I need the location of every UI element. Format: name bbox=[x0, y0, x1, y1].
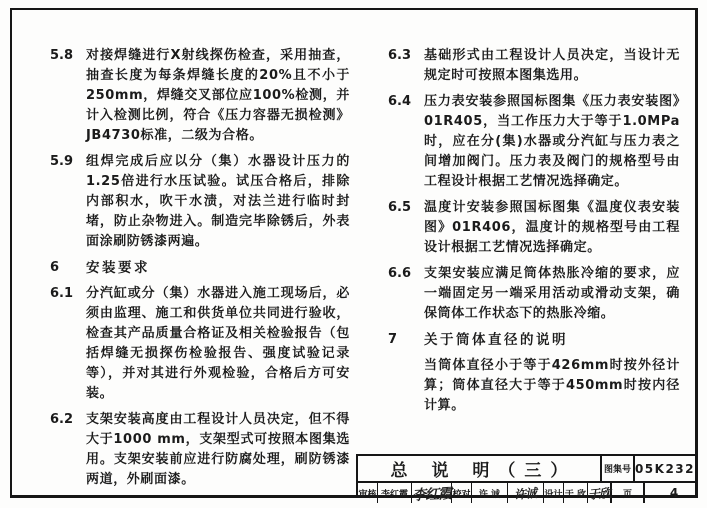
section-5-8: 5.8 对接焊缝进行X射线探伤检查，采用抽查，抽查长度为每条焊缝长度的20%且不… bbox=[50, 46, 350, 146]
designer-signature-text: 于欣 bbox=[587, 484, 610, 503]
section-text: 支架安装高度由工程设计人员决定，但不得大于1000 mm，支架型式可按照本图集选… bbox=[86, 410, 350, 490]
section-number: 6.3 bbox=[388, 46, 424, 86]
title-block-row-title: 总 说 明（三） 图集号 05K232 bbox=[358, 456, 695, 483]
section-text: 分汽缸或分（集）水器进入施工现场后，必须由监理、施工和供货单位共同进行验收，检查… bbox=[86, 284, 350, 404]
reviewer-signature: 李红霞 bbox=[411, 483, 451, 503]
section-7-heading: 7 关于筒体直径的说明 bbox=[388, 330, 680, 350]
section-number: 6.6 bbox=[388, 264, 424, 324]
section-text: 对接焊缝进行X射线探伤检查，采用抽查，抽查长度为每条焊缝长度的20%且不小于25… bbox=[86, 46, 350, 146]
section-text: 支架安装应满足筒体热胀冷缩的要求，应一端固定另一端采用活动或滑动支架，确保筒体工… bbox=[424, 264, 680, 324]
left-column: 5.8 对接焊缝进行X射线探伤检查，采用抽查，抽查长度为每条焊缝长度的20%且不… bbox=[50, 46, 350, 496]
section-heading-text: 安装要求 bbox=[86, 258, 350, 278]
section-6-heading: 6 安装要求 bbox=[50, 258, 350, 278]
right-column: 6.3 基础形式由工程设计人员决定，当设计无规定时可按照本图集选用。 6.4 压… bbox=[388, 46, 680, 422]
section-text: 当筒体直径小于等于426mm时按外径计算；筒体直径大于等于450mm时按内径计算… bbox=[424, 356, 680, 416]
checker-signature-text: 许诚 bbox=[514, 484, 537, 503]
section-6-3: 6.3 基础形式由工程设计人员决定，当设计无规定时可按照本图集选用。 bbox=[388, 46, 680, 86]
designer-name: 于 欣 bbox=[563, 483, 587, 503]
section-6-5: 6.5 温度计安装参照国标图集《温度仪表安装图》01R406，温度计的规格型号由… bbox=[388, 198, 680, 258]
section-number bbox=[388, 356, 424, 416]
section-number: 6.1 bbox=[50, 284, 86, 404]
section-6-4: 6.4 压力表安装参照国标图集《压力表安装图》01R405，当工作压力大于等于1… bbox=[388, 92, 680, 192]
section-text: 温度计安装参照国标图集《温度仪表安装图》01R406，温度计的规格型号由工程设计… bbox=[424, 198, 680, 258]
document-page: 5.8 对接焊缝进行X射线探伤检查，采用抽查，抽查长度为每条焊缝长度的20%且不… bbox=[0, 0, 707, 508]
sheet-title: 总 说 明（三） bbox=[358, 456, 600, 481]
reviewer-signature-text: 李红霞 bbox=[412, 483, 452, 505]
atlas-number-value: 05K232 bbox=[633, 456, 695, 481]
section-number: 6.5 bbox=[388, 198, 424, 258]
title-block: 总 说 明（三） 图集号 05K232 审核 李红霞 李红霞 校对 许 诚 许诚… bbox=[356, 454, 698, 498]
reviewer-label: 审核 bbox=[358, 483, 377, 503]
section-text: 组焊完成后应以分（集）水器设计压力的1.25倍进行水压试验。试压合格后，排除内部… bbox=[86, 152, 350, 252]
section-7-body: 当筒体直径小于等于426mm时按外径计算；筒体直径大于等于450mm时按内径计算… bbox=[388, 356, 680, 416]
section-number: 6.2 bbox=[50, 410, 86, 490]
page-number: 4 bbox=[643, 483, 703, 503]
section-number: 6.4 bbox=[388, 92, 424, 192]
section-5-9: 5.9 组焊完成后应以分（集）水器设计压力的1.25倍进行水压试验。试压合格后，… bbox=[50, 152, 350, 252]
atlas-number-label: 图集号 bbox=[600, 456, 633, 481]
section-number: 7 bbox=[388, 330, 424, 350]
section-number: 5.9 bbox=[50, 152, 86, 252]
checker-label: 校对 bbox=[451, 483, 471, 503]
page-label: 页 bbox=[610, 483, 643, 503]
section-heading-text: 关于筒体直径的说明 bbox=[424, 330, 680, 350]
section-number: 5.8 bbox=[50, 46, 86, 146]
checker-name: 许 诚 bbox=[471, 483, 507, 503]
title-block-row-signatures: 审核 李红霞 李红霞 校对 许 诚 许诚 设计 于 欣 于欣 页 4 bbox=[358, 483, 695, 503]
designer-label: 设计 bbox=[543, 483, 563, 503]
section-text: 压力表安装参照国标图集《压力表安装图》01R405，当工作压力大于等于1.0MP… bbox=[424, 92, 680, 192]
checker-signature: 许诚 bbox=[507, 483, 543, 503]
section-6-2: 6.2 支架安装高度由工程设计人员决定，但不得大于1000 mm，支架型式可按照… bbox=[50, 410, 350, 490]
reviewer-name: 李红霞 bbox=[377, 483, 411, 503]
section-number: 6 bbox=[50, 258, 86, 278]
section-text: 基础形式由工程设计人员决定，当设计无规定时可按照本图集选用。 bbox=[424, 46, 680, 86]
section-6-6: 6.6 支架安装应满足筒体热胀冷缩的要求，应一端固定另一端采用活动或滑动支架，确… bbox=[388, 264, 680, 324]
section-6-1: 6.1 分汽缸或分（集）水器进入施工现场后，必须由监理、施工和供货单位共同进行验… bbox=[50, 284, 350, 404]
designer-signature: 于欣 bbox=[587, 483, 610, 503]
